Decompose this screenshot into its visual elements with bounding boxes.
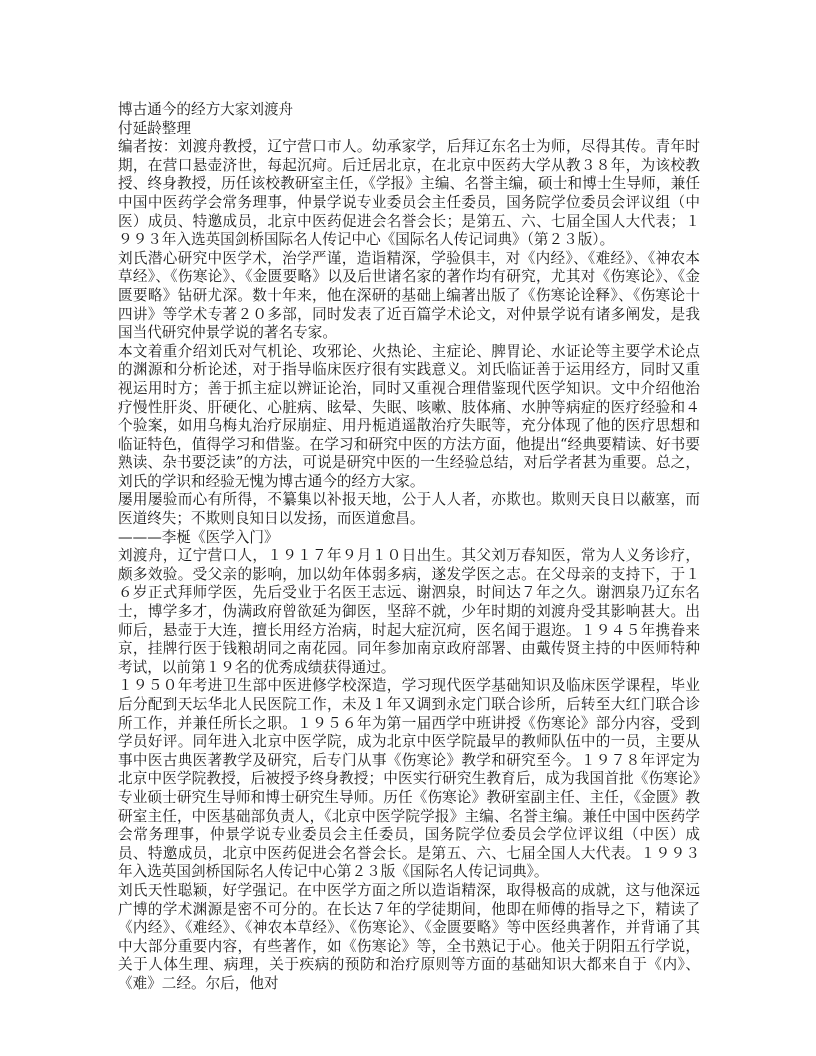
article-summary-paragraph: 本文着重介绍刘氏对气机论、攻邪论、火热论、主症论、脾胃论、水证论等主要学术论点的… [118, 343, 700, 492]
biography-paragraph-scholarship: 刘氏天性聪颖，好学强记。在中医学方面之所以造诣精深，取得极高的成就，这与他深远广… [118, 882, 700, 994]
biography-paragraph-early: 刘渡舟，辽宁营口人，１９１７年９月１０日出生。其父刘万春知医，常为人义务诊疗，颇… [118, 547, 700, 677]
document-title: 博古通今的经方大家刘渡舟 [118, 101, 700, 120]
editor-note-paragraph: 编者按：刘渡舟教授，辽宁营口市人。幼承家学，后拜辽东名士为师，尽得其传。青年时期… [118, 138, 700, 250]
epigraph-quote: 屡用屡验而心有所得，不纂集以补报天地，公于人人者，亦欺也。欺则天良日以蔽塞，而医… [118, 491, 700, 528]
author-line: 付延龄整理 [118, 120, 700, 139]
research-paragraph: 刘氏潜心研究中医学术，治学严谨，造诣精深，学验俱丰，对《内经》、《难经》、《神农… [118, 250, 700, 343]
epigraph-attribution: ———李梴《医学入门》 [118, 529, 700, 548]
biography-paragraph-career: １９５０年考进卫生部中医进修学校深造，学习现代医学基础知识及临床医学课程，毕业后… [118, 677, 700, 882]
document-page: 博古通今的经方大家刘渡舟 付延龄整理 编者按：刘渡舟教授，辽宁营口市人。幼承家学… [118, 101, 700, 994]
